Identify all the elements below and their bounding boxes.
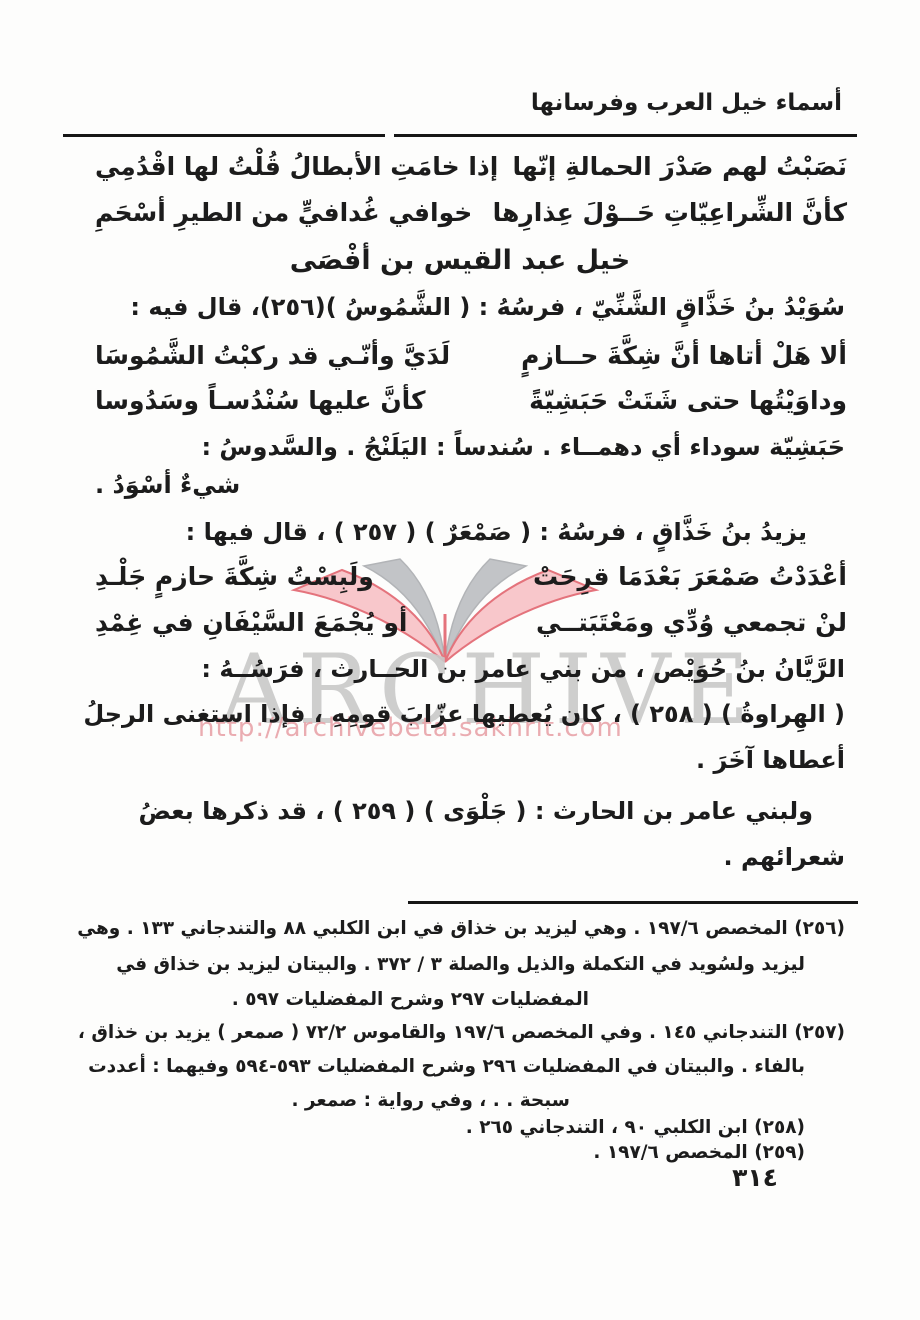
hemistich-right: وداوَيْتُها حتى شَتَتْ حَبَشِيّةً — [529, 386, 847, 415]
commentary-line: شيءٌ أسْوَدُ . — [95, 471, 240, 499]
footnote-line: المفضليات ٢٩٧ وشرح المفضليات ٥٩٧ . — [60, 989, 845, 1010]
verse-row: كأنَّ الشِّراعِيّاتِ حَــوْلَ عِذارِها خ… — [95, 198, 847, 227]
paragraph-yazid: يزيدُ بنُ خَذَّاقٍ ، فرسُهُ : ( صَمْعَرٌ… — [75, 518, 845, 546]
hemistich-right: لنْ تجمعي وُدِّي ومَعْتَبَتــي — [536, 608, 847, 637]
section-heading: خيل عبد القيس بن أفْصَى — [225, 245, 695, 276]
running-header: أسماء خيل العرب وفرسانها — [531, 90, 842, 116]
footnote-separator — [408, 901, 858, 904]
hemistich-left: ولَبِسْتُ شِكَّةَ حازمٍ جَلْـدِ — [95, 562, 374, 591]
hemistich-right: كأنَّ الشِّراعِيّاتِ حَــوْلَ عِذارِها — [493, 198, 847, 227]
page-number: ٣١٤ — [700, 1163, 810, 1192]
hemistich-left: خوافي غُدافيٍّ من الطيرِ أسْحَمِ — [95, 198, 472, 227]
footnote-line: بالفاء . والبيتان في المفضليات ٢٩٦ وشرح … — [60, 1056, 845, 1077]
hemistich-right: ألا هَلْ أتاها أنَّ شِكَّةَ حــازمٍ — [521, 341, 847, 370]
verse-row: وداوَيْتُها حتى شَتَتْ حَبَشِيّةً كأنَّ … — [95, 386, 847, 415]
book-page: ARCHIVE http://archivebeta.sakhrit.com أ… — [0, 0, 920, 1320]
paragraph-amir: شعرائهم . — [75, 843, 845, 871]
hemistich-right: أعْدَدْتُ صَمْعَرَ بَعْدَمَا قرِحَتْ — [533, 562, 847, 591]
hemistich-left: إذا خامَتِ الأبطالُ قُلْتُ لها اقْدُمِي — [95, 152, 498, 181]
paragraph-rayyan: الرَّيَّانُ بنُ حُوَيْص ، من بني عامر بن… — [75, 655, 845, 683]
hemistich-left: أو يُجْمَعَ السَّيْفَانِ في غِمْدِ — [95, 608, 407, 637]
paragraph-suwayd: سُوَيْدُ بنُ خَذَّاقٍ الشَّنِّيّ ، فرسُه… — [75, 293, 845, 321]
paragraph-rayyan: ( الهِراوةُ ) ( ٢٥٨ ) ، كان يُعطيها عزّا… — [75, 700, 845, 728]
paragraph-rayyan: أعطاها آخَرَ . — [75, 746, 845, 774]
page-content: أسماء خيل العرب وفرسانها نَصَبْتُ لهم صَ… — [0, 0, 920, 1320]
verse-row: أعْدَدْتُ صَمْعَرَ بَعْدَمَا قرِحَتْ ولَ… — [95, 562, 847, 591]
verse-row: نَصَبْتُ لهم صَدْرَ الحمالةِ إنّها إذا خ… — [95, 152, 847, 181]
footnote-line: (٢٥٧) التندجاني ١٤٥ . وفي المخصص ١٩٧/٦ و… — [60, 1022, 845, 1043]
hemistich-left: كأنَّ عليها سُنْدُسـاً وسَدُوسا — [95, 386, 426, 415]
commentary-line: حَبَشِيّة سوداء أي دهمــاء . سُندساً : ا… — [75, 433, 845, 461]
footnote-line: ليزيد ولسُويد في التكملة والذيل والصلة ٣… — [60, 954, 845, 975]
header-rule-right — [394, 134, 857, 137]
footnote-line: (٢٥٦) المخصص ١٩٧/٦ . وهي ليزيد بن خذاق ف… — [60, 918, 845, 939]
footnote-line: سبحة . . ، وفي رواية : صمعر . — [60, 1090, 845, 1111]
hemistich-left: لَدَيَّ وأنّـي قد ركبْتُ الشَّمُوسَا — [95, 341, 450, 370]
header-rule-left — [63, 134, 385, 137]
paragraph-amir: ولبني عامر بن الحارث : ( جَلْوَى ) ( ٢٥٩… — [75, 797, 845, 825]
footnote-line: (٢٥٩) المخصص ١٩٧/٦ . — [60, 1142, 845, 1163]
footnote-line: (٢٥٨) ابن الكلبي ٩٠ ، التندجاني ٢٦٥ . — [60, 1117, 845, 1138]
verse-row: ألا هَلْ أتاها أنَّ شِكَّةَ حــازمٍ لَدَ… — [95, 341, 847, 370]
verse-row: لنْ تجمعي وُدِّي ومَعْتَبَتــي أو يُجْمَ… — [95, 608, 847, 637]
hemistich-right: نَصَبْتُ لهم صَدْرَ الحمالةِ إنّها — [512, 152, 847, 181]
